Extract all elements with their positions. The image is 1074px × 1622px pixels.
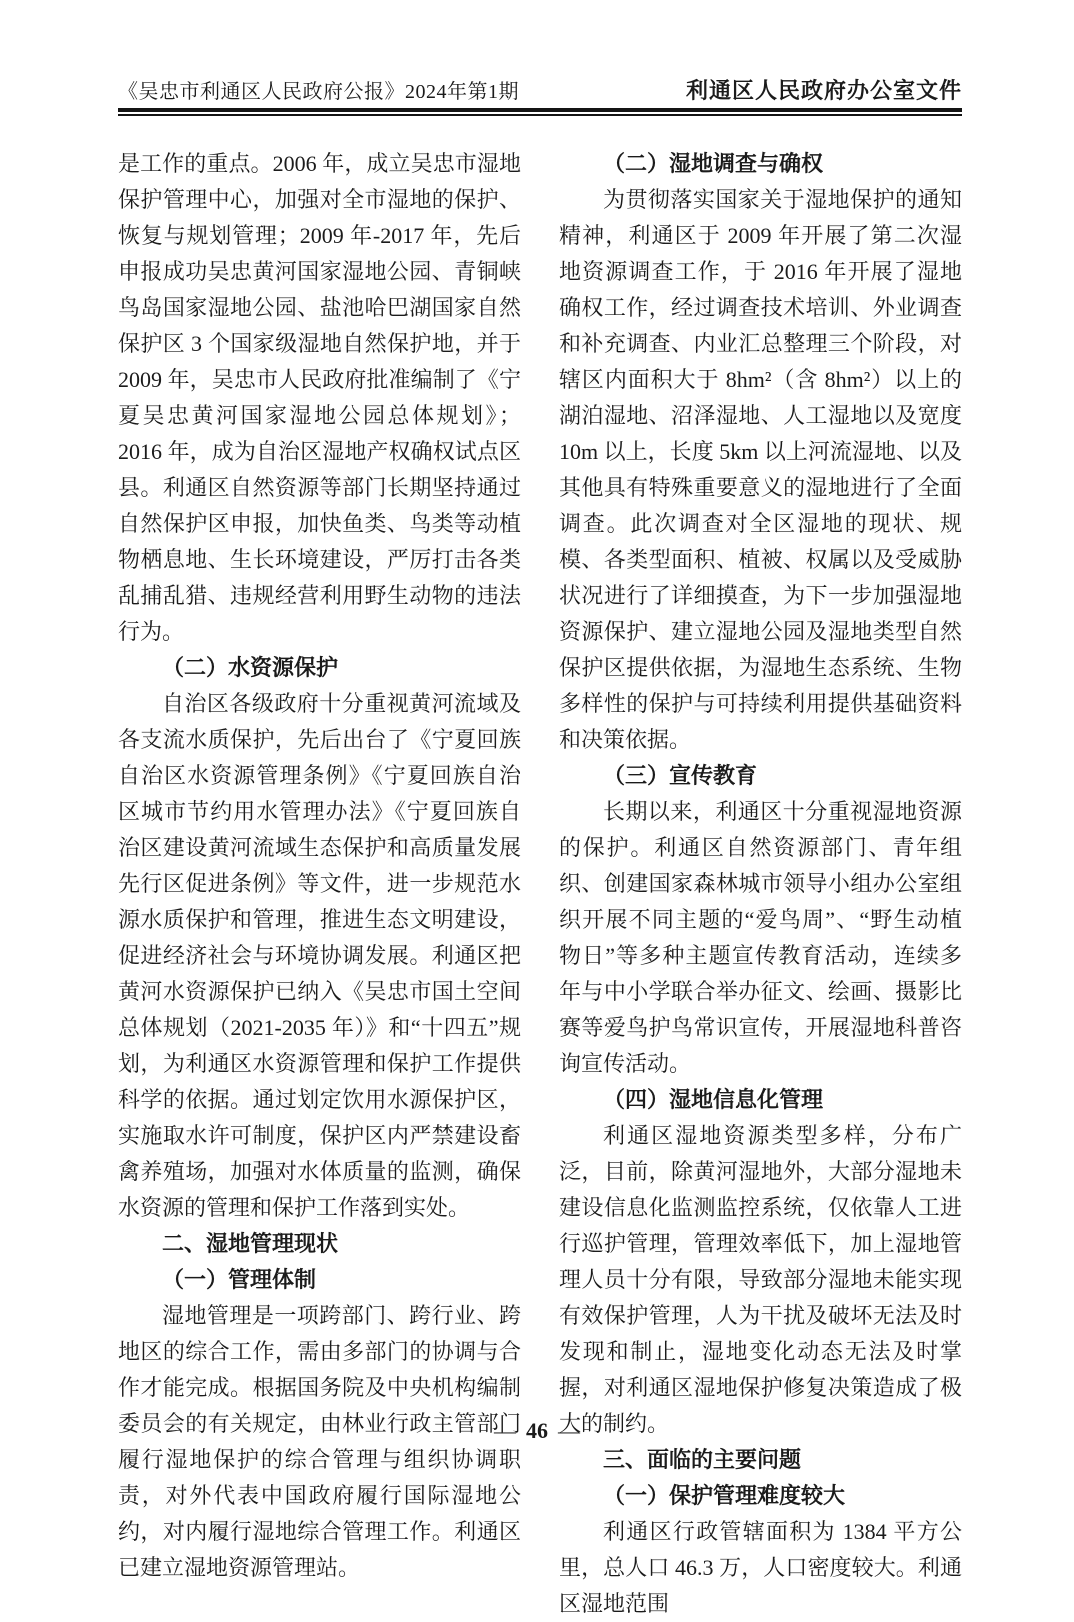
subsection-heading: （一）保护管理难度较大 <box>559 1478 962 1514</box>
footer-left-dash: — <box>484 1418 526 1443</box>
left-column: 是工作的重点。2006 年，成立吴忠市湿地保护管理中心，加强对全市湿地的保护、恢… <box>118 146 521 1622</box>
paragraph: 为贯彻落实国家关于湿地保护的通知精神，利通区于 2009 年开展了第二次湿地资源… <box>559 182 962 758</box>
page-number: 46 <box>526 1418 548 1443</box>
subsection-heading: （二）湿地调查与确权 <box>559 146 962 182</box>
subsection-heading: （二）水资源保护 <box>118 650 521 686</box>
right-column: （二）湿地调查与确权为贯彻落实国家关于湿地保护的通知精神，利通区于 2009 年… <box>559 146 962 1622</box>
two-column-body: 是工作的重点。2006 年，成立吴忠市湿地保护管理中心，加强对全市湿地的保护、恢… <box>118 146 962 1622</box>
subsection-heading: （一）管理体制 <box>118 1262 521 1298</box>
document-source-title: 利通区人民政府办公室文件 <box>686 74 962 105</box>
page-footer: —46— <box>0 1416 1074 1446</box>
section-heading: 三、面临的主要问题 <box>559 1442 962 1478</box>
header-divider-thin-line <box>118 114 962 116</box>
paragraph: 利通区湿地资源类型多样，分布广泛，目前，除黄河湿地外，大部分湿地未建设信息化监测… <box>559 1118 962 1442</box>
gazette-page: 《吴忠市利通区人民政府公报》2024年第1期 利通区人民政府办公室文件 是工作的… <box>0 0 1074 1520</box>
paragraph: 长期以来，利通区十分重视湿地资源的保护。利通区自然资源部门、青年组织、创建国家森… <box>559 794 962 1082</box>
footer-right-dash: — <box>548 1418 590 1443</box>
paragraph: 利通区行政管辖面积为 1384 平方公里，总人口 46.3 万，人口密度较大。利… <box>559 1514 962 1622</box>
subsection-heading: （四）湿地信息化管理 <box>559 1082 962 1118</box>
subsection-heading: （三）宣传教育 <box>559 758 962 794</box>
section-heading: 二、湿地管理现状 <box>118 1226 521 1262</box>
page-header: 《吴忠市利通区人民政府公报》2024年第1期 利通区人民政府办公室文件 <box>118 74 962 105</box>
gazette-title: 《吴忠市利通区人民政府公报》2024年第1期 <box>118 75 519 104</box>
header-divider-thick-line <box>118 108 962 112</box>
paragraph: 是工作的重点。2006 年，成立吴忠市湿地保护管理中心，加强对全市湿地的保护、恢… <box>118 146 521 650</box>
paragraph: 自治区各级政府十分重视黄河流域及各支流水质保护，先后出台了《宁夏回族自治区水资源… <box>118 686 521 1226</box>
header-divider <box>118 108 962 116</box>
